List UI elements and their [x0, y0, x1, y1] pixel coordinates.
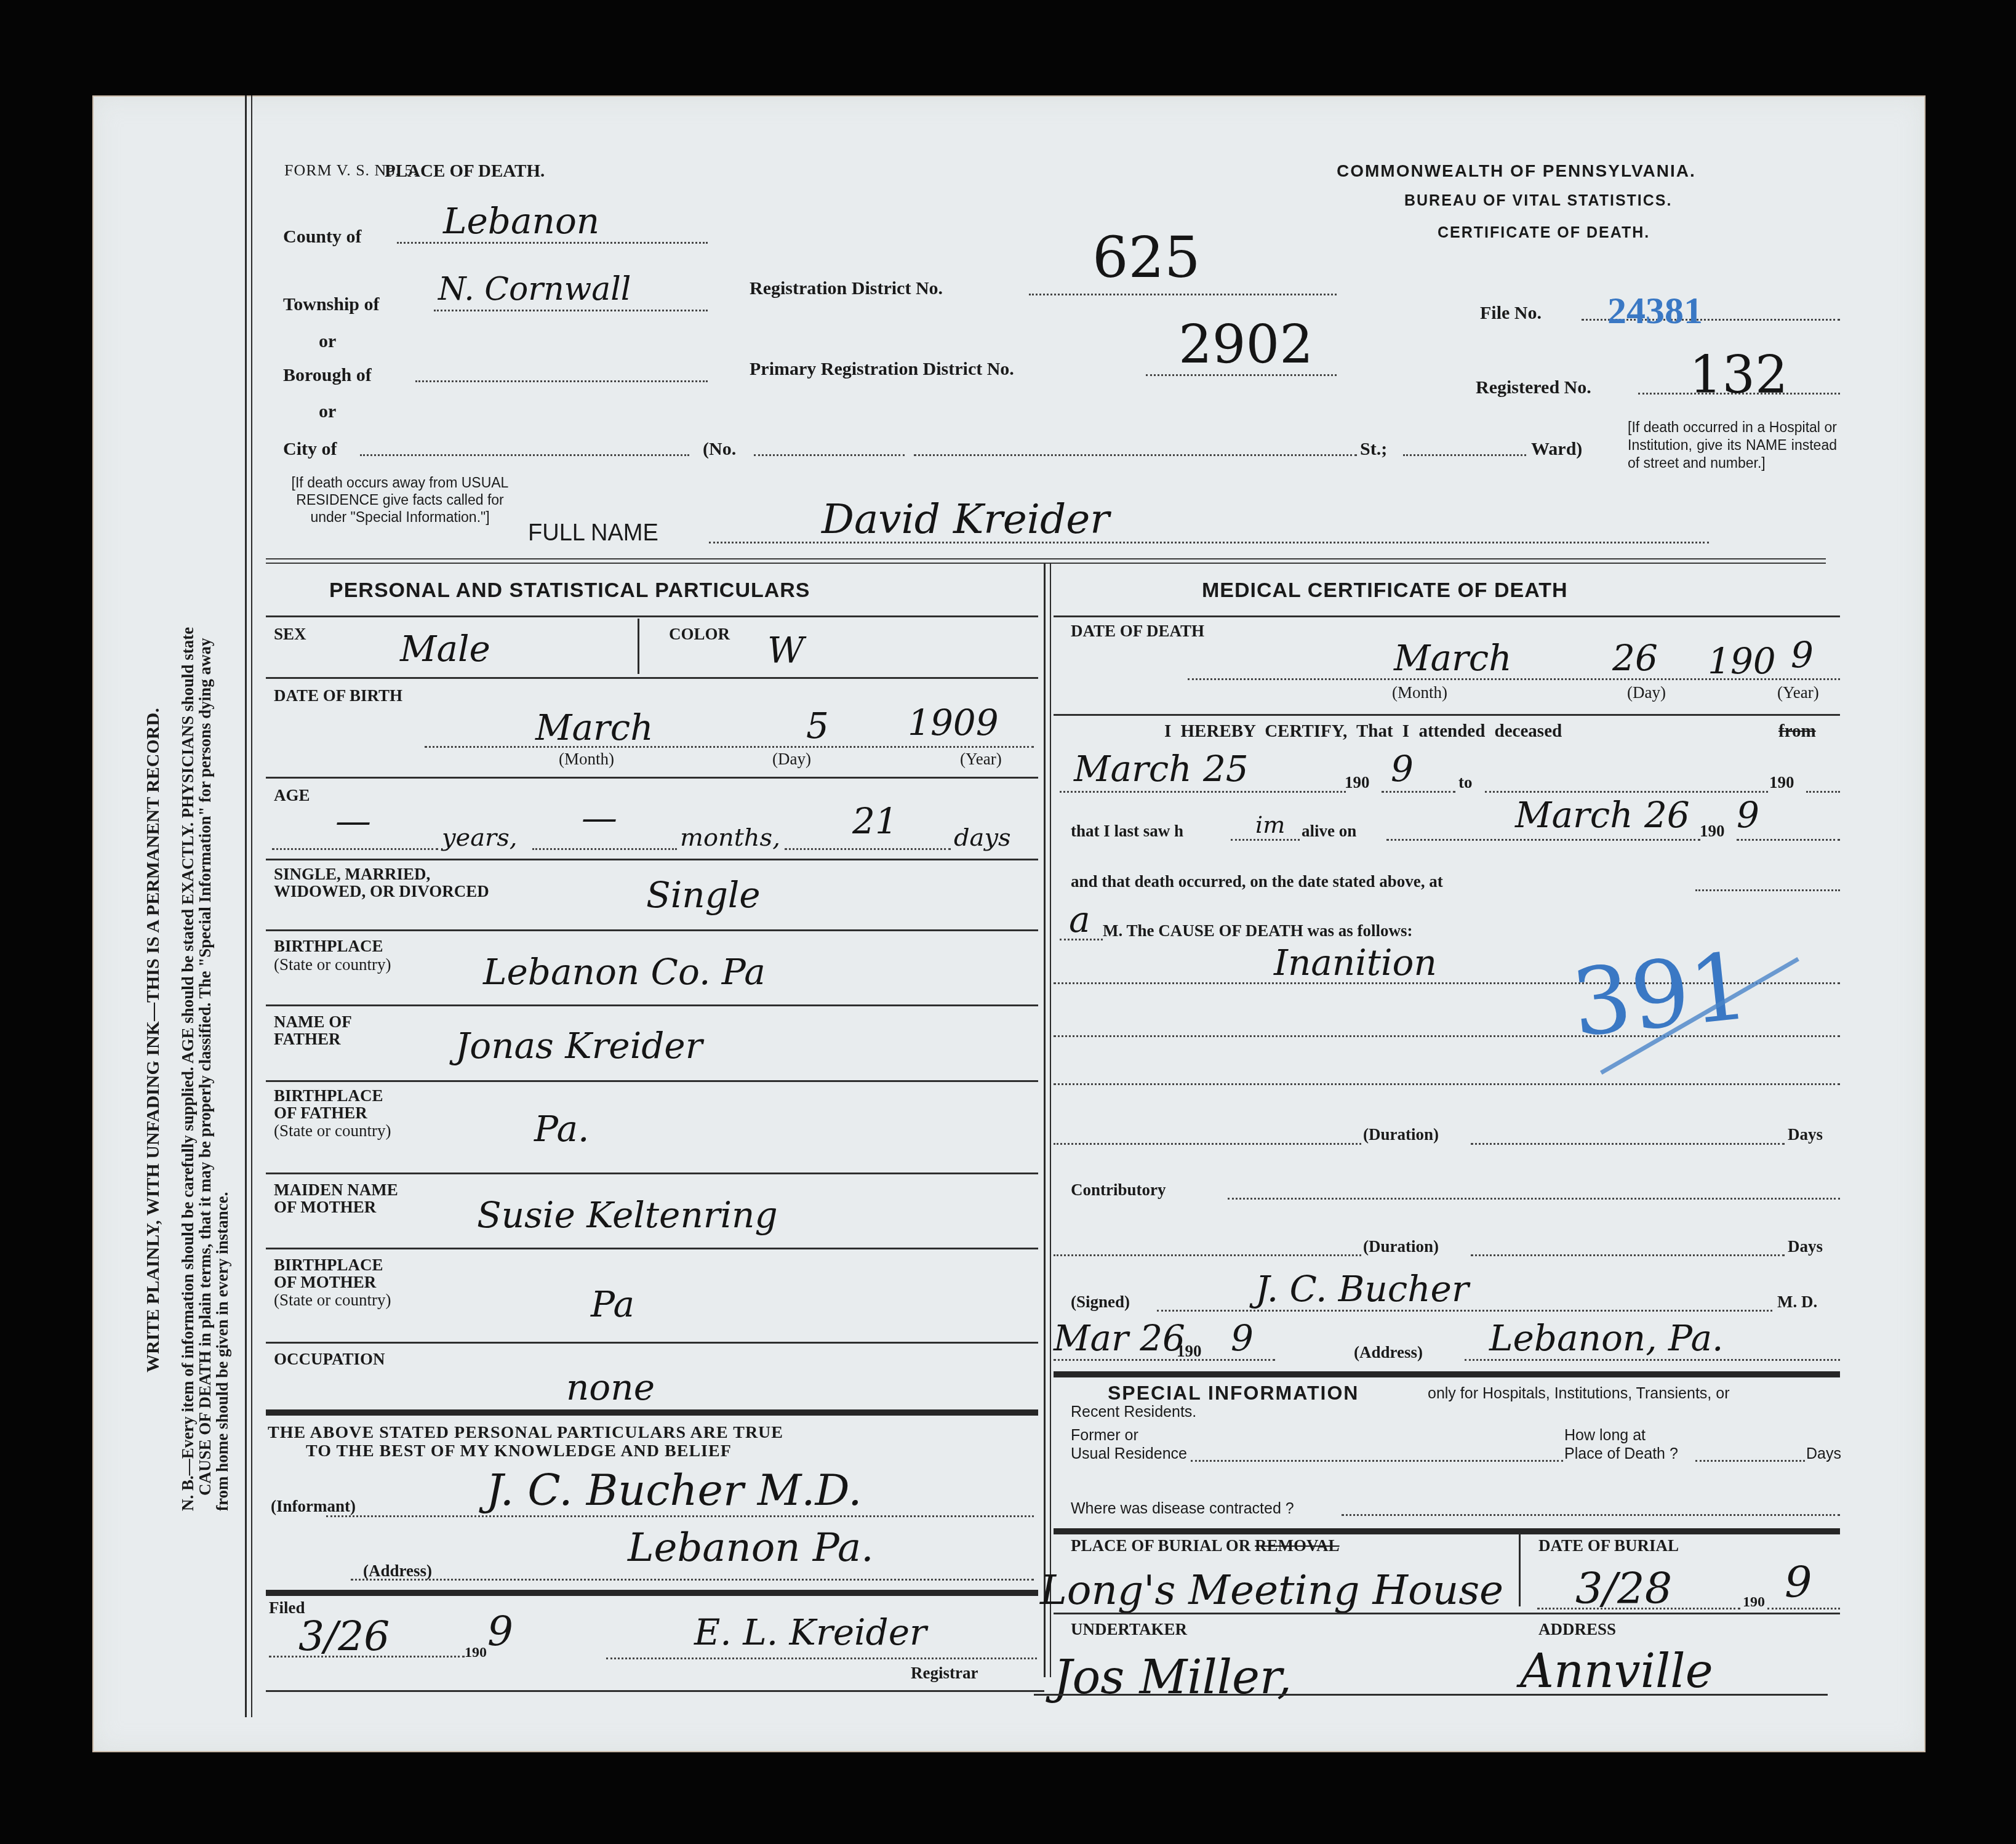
attended-from-year-field[interactable]: 9: [1391, 748, 1414, 790]
occupation-label: OCCUPATION: [274, 1350, 385, 1369]
sex-label: SEX: [274, 625, 306, 644]
last-saw-prefix: that I last saw h: [1071, 822, 1183, 841]
county-field[interactable]: Lebanon: [443, 200, 599, 242]
alive-on-label: alive on: [1302, 822, 1356, 841]
registrar-label: Registrar: [911, 1664, 978, 1683]
mother-bp-label-1: BIRTHPLACE: [274, 1256, 383, 1275]
mother-bp-label-2: OF MOTHER: [274, 1273, 376, 1292]
filed-year-field[interactable]: 9: [487, 1608, 513, 1655]
duration-label-1: (Duration): [1363, 1125, 1439, 1144]
dod-month-field[interactable]: March: [1394, 637, 1512, 679]
father-birthplace-field[interactable]: Pa.: [534, 1108, 589, 1150]
days-label-2: Days: [1788, 1237, 1823, 1256]
filed-year-prefix: 190: [465, 1645, 487, 1661]
special-info-subheading-2: Recent Residents.: [1071, 1403, 1196, 1421]
dod-label: DATE OF DEATH: [1071, 622, 1204, 641]
registered-no-label: Registered No.: [1476, 377, 1591, 398]
burial-date-field[interactable]: 3/28: [1575, 1563, 1672, 1614]
full-name-field[interactable]: David Kreider: [822, 495, 1110, 543]
undertaker-field[interactable]: Jos Miller,: [1054, 1650, 1292, 1704]
margin-nb-line2: CAUSE OF DEATH in plain terms, that it m…: [196, 638, 215, 1496]
primary-reg-field[interactable]: 2902: [1178, 314, 1313, 375]
street-no-label: (No.: [703, 439, 736, 460]
years-caption: years,: [442, 824, 517, 852]
or-label-2: or: [319, 401, 336, 422]
marital-label-1: SINGLE, MARRIED,: [274, 865, 430, 884]
borough-label: Borough of: [283, 365, 372, 386]
attest-line-1: THE ABOVE STATED PERSONAL PARTICULARS AR…: [268, 1423, 783, 1443]
street-label: St.;: [1360, 439, 1387, 460]
undertaker-label: UNDERTAKER: [1071, 1620, 1187, 1639]
county-label: County of: [283, 226, 362, 247]
dod-day-caption: (Day): [1627, 683, 1666, 702]
how-long-days-label: Days: [1806, 1445, 1841, 1463]
attest-line-2: TO THE BEST OF MY KNOWLEDGE AND BELIEF: [306, 1441, 732, 1461]
attended-to-year-prefix: 190: [1769, 773, 1794, 792]
primary-reg-label: Primary Registration District No.: [750, 359, 1014, 380]
township-label: Township of: [283, 294, 379, 315]
burial-year-prefix: 190: [1743, 1594, 1765, 1611]
full-name-label: FULL NAME: [528, 520, 658, 547]
certify-text: I HEREBY CERTIFY, That I attended deceas…: [1164, 721, 1562, 742]
file-no-label: File No.: [1480, 303, 1542, 324]
dob-year-caption: (Year): [960, 750, 1002, 769]
informant-address-label: (Address): [363, 1561, 432, 1581]
to-label: to: [1458, 773, 1473, 792]
special-info-subheading: only for Hospitals, Institutions, Transi…: [1428, 1385, 1730, 1403]
signed-year-field[interactable]: 9: [1231, 1317, 1254, 1359]
bureau-title: BUREAU OF VITAL STATISTICS.: [1404, 192, 1672, 210]
reg-district-label: Registration District No.: [750, 278, 943, 299]
former-residence-label-2: Usual Residence: [1071, 1445, 1187, 1463]
mother-label-2: OF MOTHER: [274, 1198, 376, 1217]
township-field[interactable]: N. Cornwall: [438, 271, 631, 308]
father-name-field[interactable]: Jonas Kreider: [455, 1025, 702, 1067]
column-divider: [1044, 563, 1046, 1677]
color-label: COLOR: [669, 625, 730, 644]
mother-label-1: MAIDEN NAME: [274, 1181, 398, 1200]
burial-date-label: DATE OF BURIAL: [1538, 1536, 1679, 1555]
place-of-death-heading: PLACE OF DEATH.: [385, 161, 545, 182]
signed-date-field[interactable]: Mar 26: [1054, 1317, 1185, 1359]
dob-year-field[interactable]: 1909: [908, 702, 999, 744]
dob-month-field[interactable]: March: [535, 707, 654, 748]
undertaker-address-label: ADDRESS: [1538, 1620, 1616, 1639]
color-field[interactable]: W: [767, 629, 804, 671]
commonwealth-title: COMMONWEALTH OF PENNSYLVANIA.: [1337, 161, 1696, 181]
city-label: City of: [283, 439, 337, 460]
time-of-death-field[interactable]: a: [1069, 899, 1090, 940]
personal-heading: PERSONAL AND STATISTICAL PARTICULARS: [329, 579, 810, 603]
marital-label-2: WIDOWED, OR DIVORCED: [274, 882, 489, 901]
special-info-heading: SPECIAL INFORMATION: [1108, 1382, 1359, 1405]
marital-field[interactable]: Single: [646, 874, 761, 916]
sex-field[interactable]: Male: [400, 628, 490, 670]
signed-year-prefix: 190: [1177, 1342, 1202, 1361]
dob-label: DATE OF BIRTH: [274, 686, 402, 705]
certificate-title: CERTIFICATE OF DEATH.: [1438, 224, 1650, 242]
days-label-1: Days: [1788, 1125, 1823, 1144]
father-label-2: FATHER: [274, 1030, 341, 1049]
burial-place-field[interactable]: Long's Meeting House: [1040, 1566, 1503, 1614]
residence-note: [If death occurs away from USUAL RESIDEN…: [283, 474, 517, 526]
age-years-field[interactable]: —: [335, 800, 371, 842]
removal-struck: REMOVAL: [1255, 1536, 1340, 1555]
birthplace-caption: (State or country): [274, 955, 391, 974]
how-long-label-1: How long at: [1564, 1427, 1646, 1445]
last-saw-year-prefix: 190: [1700, 822, 1725, 841]
hospital-note: [If death occurred in a Hospital or Inst…: [1628, 419, 1837, 472]
age-label: AGE: [274, 786, 310, 805]
margin-permanent-record: WRITE PLAINLY, WITH UNFADING INK—THIS IS…: [143, 708, 164, 1373]
margin-rule-inner: [251, 95, 252, 1717]
md-label: M. D.: [1777, 1293, 1817, 1312]
duration-label-2: (Duration): [1363, 1237, 1439, 1256]
certificate-paper: [92, 95, 1926, 1752]
occupation-field[interactable]: none: [566, 1366, 655, 1408]
reg-district-field[interactable]: 625: [1092, 225, 1201, 291]
certify-from-struck: from: [1778, 721, 1816, 742]
informant-address-field[interactable]: Lebanon Pa.: [628, 1525, 874, 1571]
burial-place-label: PLACE OF BURIAL OR REMOVAL: [1071, 1536, 1340, 1555]
physician-address-label: (Address): [1354, 1343, 1423, 1362]
physician-address-field[interactable]: Lebanon, Pa.: [1489, 1317, 1723, 1359]
how-long-label-2: Place of Death ?: [1564, 1445, 1678, 1463]
or-label-1: or: [319, 331, 336, 352]
filed-date-field[interactable]: 3/26: [298, 1613, 390, 1660]
father-bp-caption: (State or country): [274, 1121, 391, 1140]
registered-no-field[interactable]: 132: [1689, 345, 1788, 405]
dob-day-caption: (Day): [772, 750, 811, 769]
former-residence-label-1: Former or: [1071, 1427, 1138, 1445]
cause-intro: M. The CAUSE OF DEATH was as follows:: [1103, 921, 1413, 940]
margin-nb-line1: N. B.—Every item of information should b…: [178, 627, 198, 1511]
last-saw-pronoun-field[interactable]: im: [1255, 811, 1285, 838]
last-saw-date-field[interactable]: March 26: [1515, 794, 1690, 836]
occurred-text: and that death occurred, on the date sta…: [1071, 872, 1443, 891]
age-months-field[interactable]: —: [582, 797, 617, 839]
dob-month-caption: (Month): [559, 750, 614, 769]
dod-year-caption: (Year): [1777, 683, 1819, 702]
dod-day-field[interactable]: 26: [1612, 637, 1658, 679]
last-saw-year-field[interactable]: 9: [1737, 794, 1759, 836]
mother-birthplace-field[interactable]: Pa: [591, 1283, 634, 1325]
registrar-field[interactable]: E. L. Kreider: [694, 1611, 927, 1653]
dod-year-prefix: 190: [1708, 640, 1776, 682]
mother-name-field[interactable]: Susie Keltenring: [477, 1194, 778, 1236]
dod-month-caption: (Month): [1392, 683, 1447, 702]
birthplace-field[interactable]: Lebanon Co. Pa: [483, 951, 766, 993]
dob-day-field[interactable]: 5: [806, 705, 829, 747]
days-caption: days: [954, 824, 1011, 852]
margin-nb-line3: from home should be given in every insta…: [213, 1192, 232, 1512]
undertaker-address-field[interactable]: Annville: [1520, 1643, 1713, 1698]
father-bp-label-1: BIRTHPLACE: [274, 1086, 383, 1105]
attended-from-year-prefix: 190: [1345, 773, 1370, 792]
father-label-1: NAME OF: [274, 1012, 352, 1032]
margin-rule-outer: [245, 95, 247, 1717]
informant-label: (Informant): [271, 1497, 356, 1516]
medical-heading: MEDICAL CERTIFICATE OF DEATH: [1202, 579, 1568, 603]
physician-signature-field[interactable]: J. C. Bucher: [1255, 1268, 1469, 1310]
months-caption: months,: [680, 824, 780, 852]
contributory-label: Contributory: [1071, 1181, 1166, 1200]
signed-label: (Signed): [1071, 1293, 1130, 1312]
attended-from-field[interactable]: March 25: [1074, 748, 1249, 790]
dod-year-field[interactable]: 9: [1791, 634, 1814, 676]
informant-field[interactable]: J. C. Bucher M.D.: [486, 1465, 862, 1515]
cause-of-death-field[interactable]: Inanition: [1274, 942, 1437, 984]
ward-label: Ward): [1531, 439, 1582, 460]
age-days-field[interactable]: 21: [852, 800, 898, 842]
burial-year-field[interactable]: 9: [1785, 1557, 1812, 1608]
file-no-field[interactable]: 24381: [1607, 289, 1703, 333]
mother-bp-caption: (State or country): [274, 1291, 391, 1310]
disease-contracted-label: Where was disease contracted ?: [1071, 1500, 1294, 1518]
birthplace-label: BIRTHPLACE: [274, 937, 383, 956]
father-bp-label-2: OF FATHER: [274, 1104, 367, 1123]
